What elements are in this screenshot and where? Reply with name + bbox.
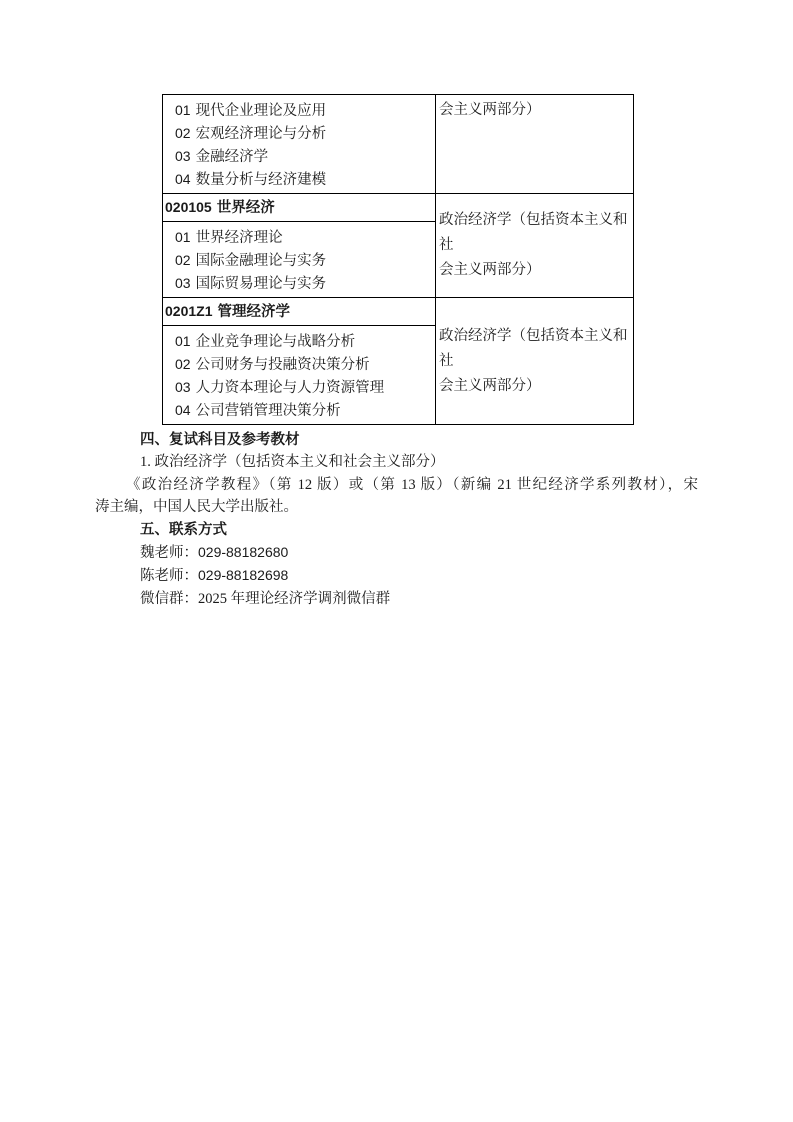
table-row: 020105世界经济 政治经济学（包括资本主义和社 会主义两部分） <box>163 194 634 222</box>
direction-item: 04数量分析与经济建模 <box>175 168 433 191</box>
program-name: 世界经济 <box>217 200 275 216</box>
program-header-cell: 020105世界经济 <box>163 194 436 222</box>
exam-subject-cell: 政治经济学（包括资本主义和社 会主义两部分） <box>436 298 634 425</box>
programs-table: 01现代企业理论及应用 02宏观经济理论与分析 03金融经济学 04数量分析与经… <box>162 94 634 425</box>
table-row: 01现代企业理论及应用 02宏观经济理论与分析 03金融经济学 04数量分析与经… <box>163 95 634 194</box>
direction-text: 宏观经济理论与分析 <box>196 126 327 142</box>
research-directions-cell: 01企业竞争理论与战略分析 02公司财务与投融资决策分析 03人力资本理论与人力… <box>163 326 436 425</box>
direction-number: 01 <box>175 102 191 118</box>
contact-label: 微信群： <box>140 591 198 607</box>
program-code: 020105 <box>165 199 212 215</box>
direction-text: 人力资本理论与人力资源管理 <box>196 380 385 396</box>
direction-text: 公司财务与投融资决策分析 <box>196 357 370 373</box>
direction-text: 数量分析与经济建模 <box>196 172 327 188</box>
research-directions-cell: 01世界经济理论 02国际金融理论与实务 03国际贸易理论与实务 <box>163 222 436 298</box>
document-page: 01现代企业理论及应用 02宏观经济理论与分析 03金融经济学 04数量分析与经… <box>0 0 793 1122</box>
program-code: 0201Z1 <box>165 303 212 319</box>
direction-number: 04 <box>175 402 191 418</box>
direction-number: 03 <box>175 379 191 395</box>
direction-item: 01现代企业理论及应用 <box>175 99 433 122</box>
direction-text: 现代企业理论及应用 <box>196 103 327 119</box>
direction-number: 02 <box>175 125 191 141</box>
direction-number: 01 <box>175 229 191 245</box>
direction-text: 国际金融理论与实务 <box>196 253 327 269</box>
direction-text: 企业竞争理论与战略分析 <box>196 334 356 350</box>
direction-item: 02宏观经济理论与分析 <box>175 122 433 145</box>
textbook-line-2: 涛主编，中国人民大学出版社。 <box>95 496 698 518</box>
direction-item: 01世界经济理论 <box>175 226 433 249</box>
section-5-heading: 五、联系方式 <box>95 519 698 541</box>
direction-number: 01 <box>175 333 191 349</box>
contact-line-wechat: 微信群：2025 年理论经济学调剂微信群 <box>95 588 698 610</box>
direction-text: 金融经济学 <box>196 149 269 165</box>
review-subject-line: 1. 政治经济学（包括资本主义和社会主义部分） <box>95 451 698 473</box>
contact-line-wei: 魏老师：029-88182680 <box>95 541 698 564</box>
direction-text: 公司营销管理决策分析 <box>196 403 341 419</box>
direction-item: 03金融经济学 <box>175 145 433 168</box>
direction-text: 世界经济理论 <box>196 230 283 246</box>
direction-item: 03国际贸易理论与实务 <box>175 272 433 295</box>
contact-phone: 029-88182698 <box>198 567 288 583</box>
direction-item: 03人力资本理论与人力资源管理 <box>175 376 433 399</box>
direction-item: 02公司财务与投融资决策分析 <box>175 353 433 376</box>
direction-number: 03 <box>175 275 191 291</box>
direction-item: 02国际金融理论与实务 <box>175 249 433 272</box>
direction-number: 04 <box>175 171 191 187</box>
direction-item: 04公司营销管理决策分析 <box>175 399 433 422</box>
exam-subject-cell: 会主义两部分） <box>436 95 634 194</box>
contact-line-chen: 陈老师：029-88182698 <box>95 564 698 587</box>
program-name: 管理经济学 <box>217 304 290 320</box>
research-directions-cell: 01现代企业理论及应用 02宏观经济理论与分析 03金融经济学 04数量分析与经… <box>163 95 436 194</box>
direction-number: 02 <box>175 252 191 268</box>
section-4-heading: 四、复试科目及参考教材 <box>95 429 698 451</box>
contact-phone: 029-88182680 <box>198 544 288 560</box>
program-header-cell: 0201Z1管理经济学 <box>163 298 436 326</box>
direction-text: 国际贸易理论与实务 <box>196 276 327 292</box>
textbook-line-1: 《政治经济学教程》（第 12 版）或（第 13 版）（新编 21 世纪经济学系列… <box>95 474 698 496</box>
body-text: 四、复试科目及参考教材 1. 政治经济学（包括资本主义和社会主义部分） 《政治经… <box>95 429 698 610</box>
direction-item: 01企业竞争理论与战略分析 <box>175 330 433 353</box>
contact-wechat-group: 2025 年理论经济学调剂微信群 <box>198 591 390 607</box>
contact-label: 魏老师： <box>140 545 198 561</box>
contact-label: 陈老师： <box>140 568 198 584</box>
direction-number: 03 <box>175 148 191 164</box>
table-row: 0201Z1管理经济学 政治经济学（包括资本主义和社 会主义两部分） <box>163 298 634 326</box>
exam-subject-cell: 政治经济学（包括资本主义和社 会主义两部分） <box>436 194 634 298</box>
direction-number: 02 <box>175 356 191 372</box>
